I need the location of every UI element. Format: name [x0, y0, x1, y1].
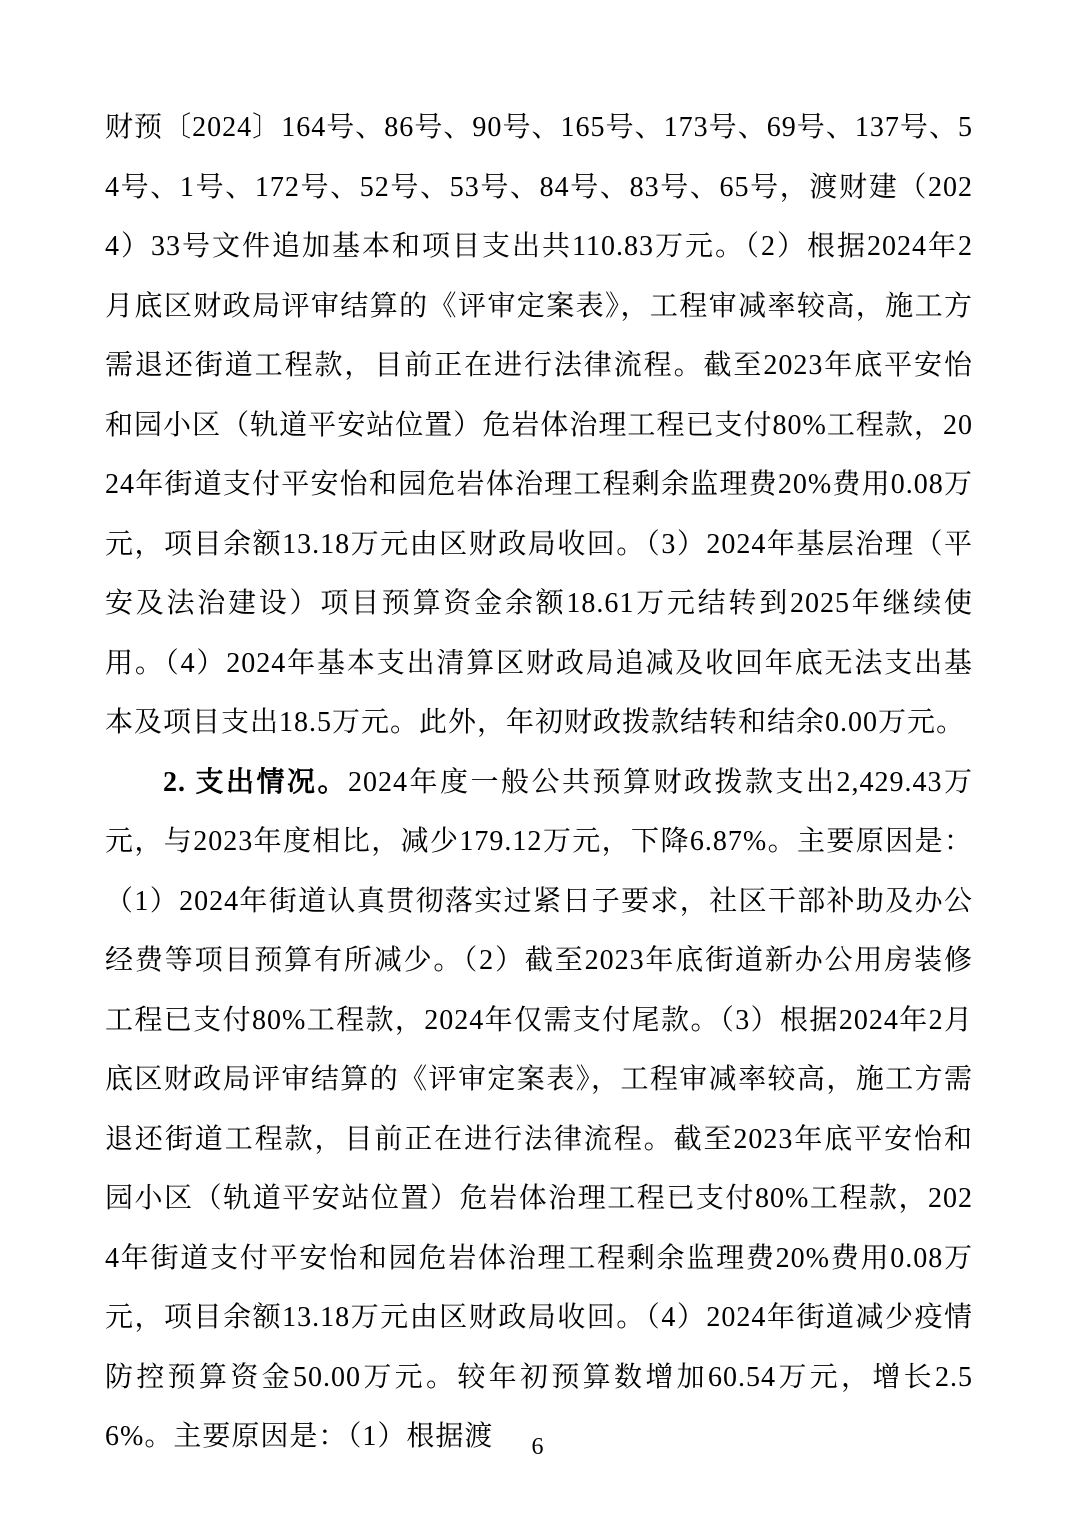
paragraph-lead-bold: 2. 支出情况。: [163, 767, 348, 798]
paragraph-text: 2024年度一般公共预算财政拨款支出2,429.43万元，与2023年度相比，减…: [105, 767, 973, 1453]
paragraph-expenditure-situation: 2. 支出情况。2024年度一般公共预算财政拨款支出2,429.43万元，与20…: [105, 753, 973, 1467]
body-text: 财预〔2024〕164号、86号、90号、165号、173号、69号、137号、…: [105, 98, 973, 1467]
page-number: 6: [0, 1430, 1075, 1464]
paragraph-funding-continuation: 财预〔2024〕164号、86号、90号、165号、173号、69号、137号、…: [105, 98, 973, 753]
paragraph-text: 财预〔2024〕164号、86号、90号、165号、173号、69号、137号、…: [105, 112, 973, 738]
